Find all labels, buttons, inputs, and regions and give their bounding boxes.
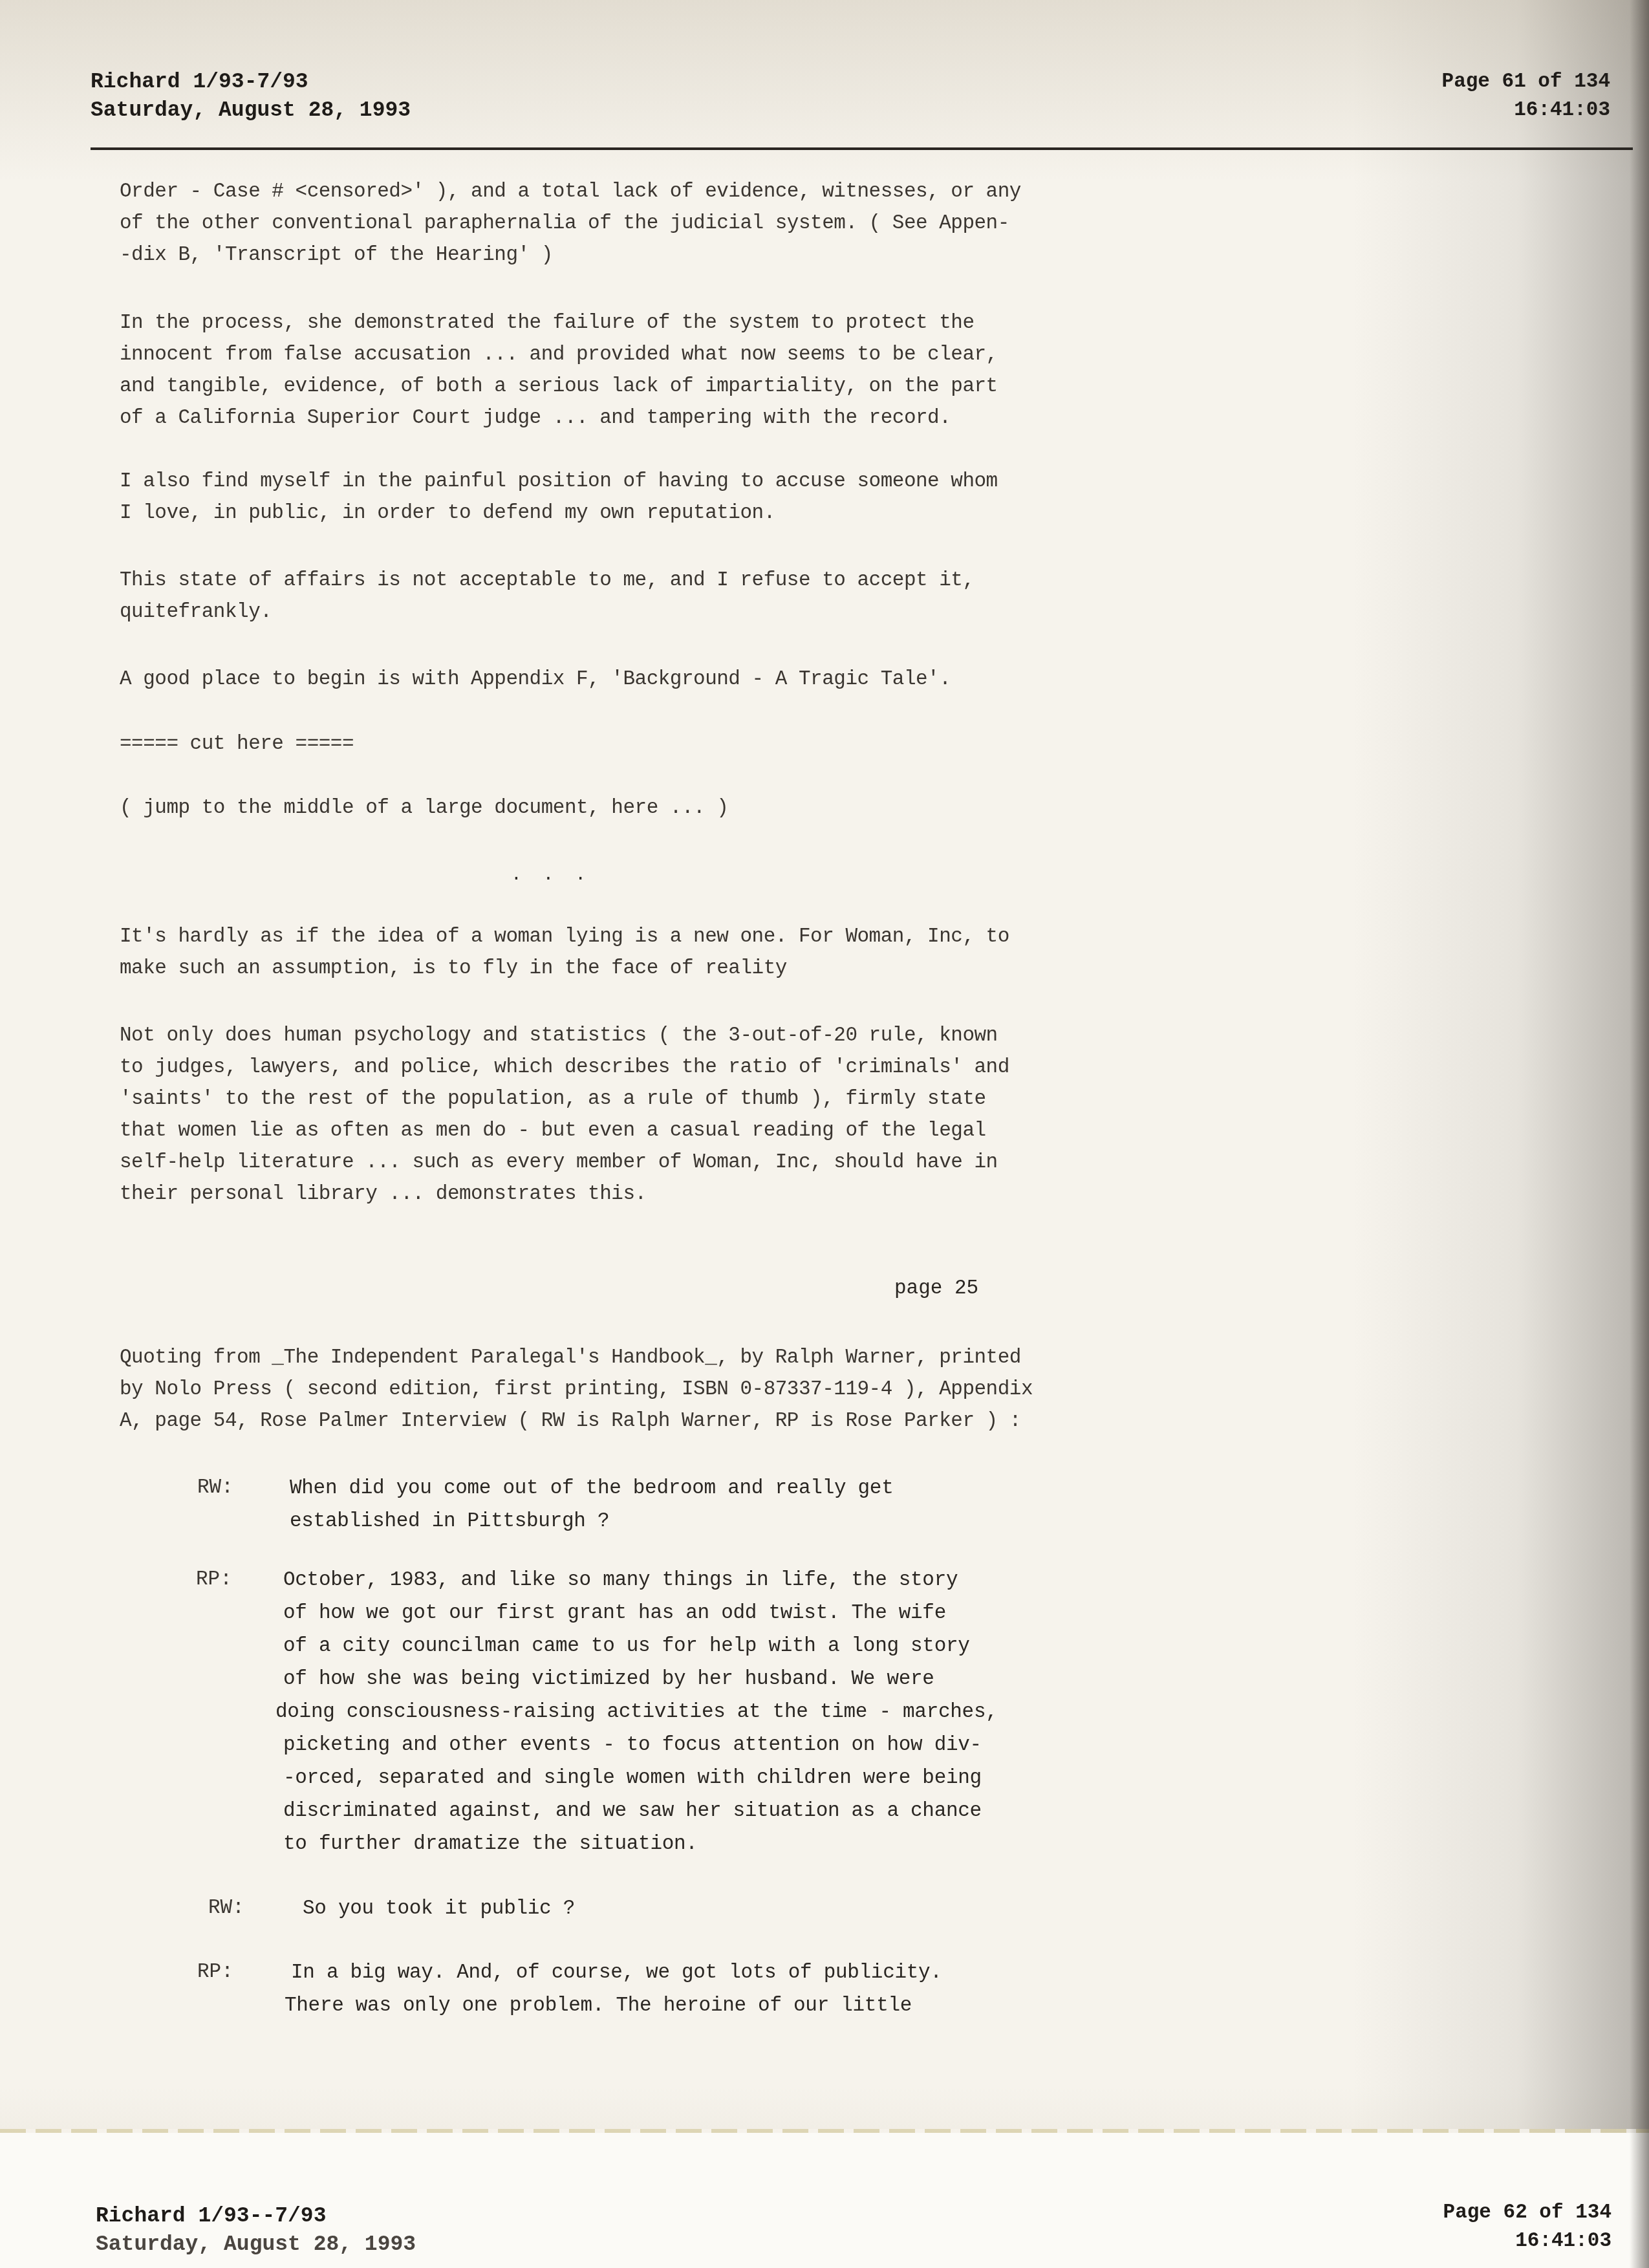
text-line: ===== cut here ===== (120, 728, 1090, 760)
paragraph-state-of-affairs: This state of affairs is not acceptable … (120, 565, 1090, 628)
footer-page-counter: Page 62 of 134 (1443, 2199, 1611, 2227)
text-line: of how we got our first grant has an odd… (283, 1597, 998, 1630)
paragraph-woman-lying: It's hardly as if the idea of a woman ly… (120, 921, 1090, 984)
paragraph-good-place: A good place to begin is with Appendix F… (120, 664, 1090, 695)
scan-edge-shadow (1630, 0, 1649, 2268)
interview-utterance: So you took it public ? (303, 1892, 575, 1925)
section-separator: . . . (511, 865, 591, 885)
page-tear-edge (0, 2129, 1649, 2133)
interview-utterance: October, 1983, and like so many things i… (283, 1564, 998, 1861)
text-line: picketing and other events - to focus at… (283, 1729, 998, 1762)
paragraph-statistics: Not only does human psychology and stati… (120, 1020, 1090, 1210)
header-divider (91, 147, 1633, 150)
paragraph-case-order: Order - Case # <censored>' ), and a tota… (120, 176, 1090, 271)
text-line: established in Pittsburgh ? (290, 1505, 893, 1538)
document-date: Saturday, August 28, 1993 (91, 96, 411, 125)
text-line: It's hardly as if the idea of a woman ly… (120, 921, 1090, 953)
paragraph-quote-intro: Quoting from _The Independent Paralegal'… (120, 1342, 1090, 1437)
text-line: to judges, lawyers, and police, which de… (120, 1052, 1090, 1083)
text-line: This state of affairs is not acceptable … (120, 565, 1090, 596)
text-line: I love, in public, in order to defend my… (120, 497, 1090, 529)
footer-left: Richard 1/93--7/93 Saturday, August 28, … (96, 2202, 416, 2259)
text-line: by Nolo Press ( second edition, first pr… (120, 1374, 1090, 1405)
text-line: 'saints' to the rest of the population, … (120, 1083, 1090, 1115)
header-left: Richard 1/93-7/93 Saturday, August 28, 1… (91, 68, 411, 125)
text-line: of how she was being victimized by her h… (283, 1663, 998, 1696)
footer-right: Page 62 of 134 16:41:03 (1443, 2199, 1611, 2256)
text-line: -dix B, 'Transcript of the Hearing' ) (120, 239, 1090, 271)
speaker-label: RW: (197, 1472, 233, 1504)
text-line: A, page 54, Rose Palmer Interview ( RW i… (120, 1405, 1090, 1437)
text-line: Order - Case # <censored>' ), and a tota… (120, 176, 1090, 208)
text-line: doing consciousness-raising activities a… (275, 1696, 998, 1729)
text-line: -orced, separated and single women with … (283, 1762, 998, 1795)
text-line: So you took it public ? (303, 1892, 575, 1925)
paragraph-process: In the process, she demonstrated the fai… (120, 307, 1090, 434)
text-line: In the process, she demonstrated the fai… (120, 307, 1090, 339)
cut-here-marker: ===== cut here ===== (120, 728, 1090, 760)
text-line: of a city councilman came to us for help… (283, 1630, 998, 1663)
document-title: Richard 1/93-7/93 (91, 68, 411, 96)
page-header: Richard 1/93-7/93 Saturday, August 28, 1… (91, 68, 1636, 146)
page-counter: Page 61 of 134 (1442, 68, 1610, 96)
text-line: A good place to begin is with Appendix F… (120, 664, 1090, 695)
text-line: innocent from false accusation ... and p… (120, 339, 1090, 371)
text-line: October, 1983, and like so many things i… (283, 1564, 998, 1597)
text-line: self-help literature ... such as every m… (120, 1147, 1090, 1178)
footer-document-title: Richard 1/93--7/93 (96, 2202, 416, 2230)
paragraph-painful-position: I also find myself in the painful positi… (120, 466, 1090, 529)
text-line: I also find myself in the painful positi… (120, 466, 1090, 497)
text-line: discriminated against, and we saw her si… (283, 1795, 998, 1828)
text-line: Not only does human psychology and stati… (120, 1020, 1090, 1052)
text-line: There was only one problem. The heroine … (285, 1989, 942, 2022)
text-line: of the other conventional paraphernalia … (120, 208, 1090, 239)
text-line: to further dramatize the situation. (283, 1828, 998, 1861)
text-line: quitefrankly. (120, 596, 1090, 628)
text-line: In a big way. And, of course, we got lot… (291, 1956, 942, 1989)
page-marker: page 25 (894, 1277, 978, 1300)
text-line: their personal library ... demonstrates … (120, 1178, 1090, 1210)
text-line: of a California Superior Court judge ...… (120, 402, 1090, 434)
interview-utterance: When did you come out of the bedroom and… (290, 1472, 893, 1538)
speaker-label: RW: (208, 1892, 244, 1924)
text-line: that women lie as often as men do - but … (120, 1115, 1090, 1147)
text-line: Quoting from _The Independent Paralegal'… (120, 1342, 1090, 1374)
header-right: Page 61 of 134 16:41:03 (1442, 68, 1610, 125)
text-line: make such an assumption, is to fly in th… (120, 953, 1090, 984)
text-line: ( jump to the middle of a large document… (120, 792, 1090, 824)
print-time: 16:41:03 (1442, 96, 1610, 125)
text-line: and tangible, evidence, of both a seriou… (120, 371, 1090, 402)
speaker-label: RP: (196, 1564, 232, 1595)
footer-print-time: 16:41:03 (1443, 2227, 1611, 2256)
paragraph-jump-note: ( jump to the middle of a large document… (120, 792, 1090, 824)
interview-utterance: In a big way. And, of course, we got lot… (291, 1956, 942, 2022)
footer-document-date: Saturday, August 28, 1993 (96, 2230, 416, 2259)
text-line: When did you come out of the bedroom and… (290, 1472, 893, 1505)
speaker-label: RP: (197, 1956, 233, 1988)
